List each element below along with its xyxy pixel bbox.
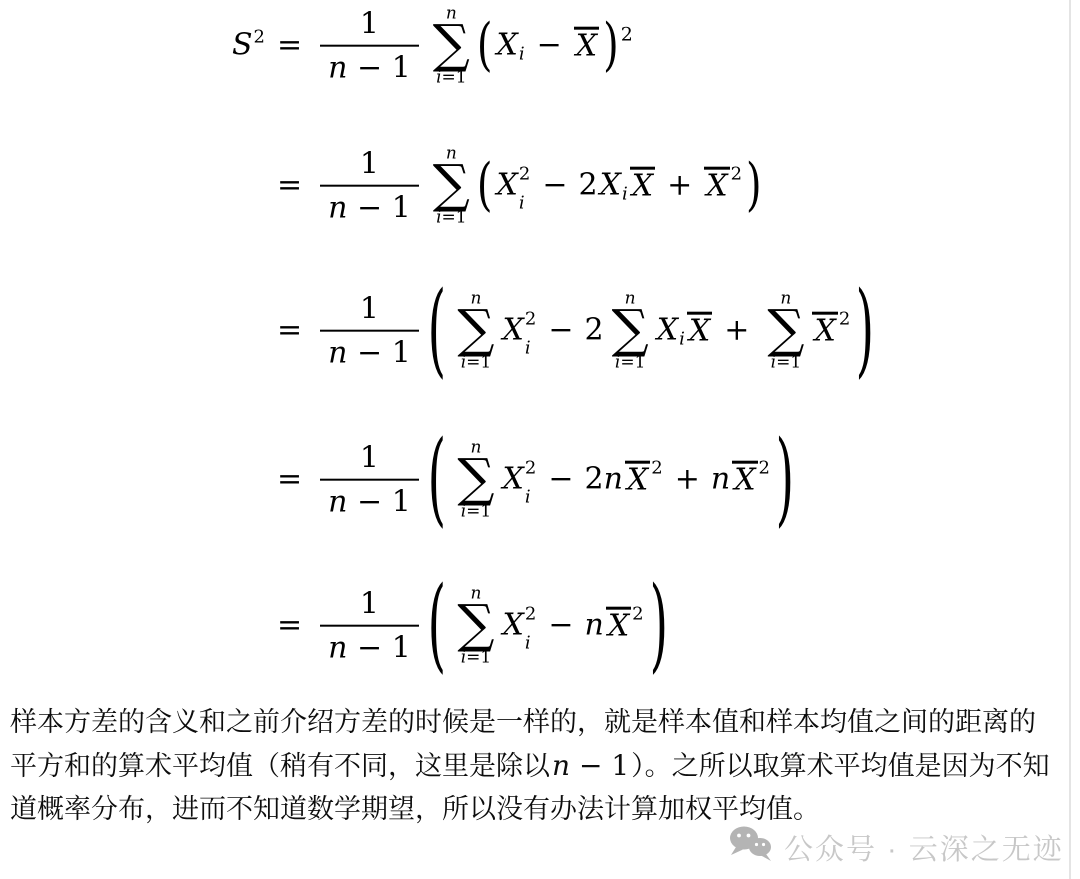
equation-row-1: S2=1n − 1n∑i=1(Xi−X)2 (222, 6, 633, 87)
sum-lower-limit: i=1 (436, 209, 467, 226)
inline-math: n − 1 (550, 749, 631, 782)
article-page: { "page": { "background": "#ffffff", "bo… (0, 0, 1080, 879)
close-paren: ) (603, 18, 619, 75)
overline-bar: X (574, 27, 599, 62)
math-paren-group: (n∑i=1X2i−2n∑i=1XiX+n∑i=1X2) (426, 291, 876, 372)
math-variable: X (687, 315, 712, 347)
math-paren-group: (Xi−X)2 (477, 26, 633, 66)
sum-lower-limit: i=1 (461, 649, 492, 666)
math-variable: X (574, 30, 599, 62)
fraction-denominator: n − 1 (320, 185, 419, 225)
overline-bar: X (625, 461, 650, 496)
math-variable: X2 (606, 610, 644, 642)
math-variable: X2i (503, 315, 537, 347)
overline-bar: X (732, 461, 757, 496)
sigma-symbol: ∑ (433, 163, 470, 210)
math-variable: X2 (732, 464, 770, 496)
fraction-denominator: n − 1 (320, 625, 419, 665)
open-paren: ( (477, 158, 493, 215)
sigma-symbol: ∑ (457, 457, 494, 504)
close-paren: ) (776, 429, 794, 531)
equation-rhs: =1n − 1(n∑i=1X2i−2n∑i=1XiX+n∑i=1X2) (266, 291, 876, 372)
math-coefficient: 2 (578, 171, 597, 201)
math-variable: X2 (625, 464, 663, 496)
close-paren: ) (649, 575, 667, 677)
math-summation: n∑i=1 (433, 146, 470, 227)
equation-rhs: =1n − 1(n∑i=1X2i−2nX2+nX2) (266, 440, 796, 521)
explanation-paragraph: 样本方差的含义和之前介绍方差的时候是一样的，就是样本值和样本均值之间的距离的平方… (10, 701, 1058, 831)
math-variable: Xi (657, 315, 685, 347)
math-fraction: 1n − 1 (320, 588, 419, 665)
sum-lower-limit: i=1 (461, 354, 492, 371)
overline-bar: X (704, 167, 729, 202)
math-operator: + (667, 171, 692, 201)
math-coefficient: 2n (584, 465, 622, 495)
equation-row-4: =1n − 1(n∑i=1X2i−2nX2+nX2) (222, 440, 796, 521)
math-coefficient: n (584, 611, 603, 641)
math-fraction: 1n − 1 (320, 148, 419, 225)
sum-lower-limit: i=1 (461, 503, 492, 520)
math-coefficient: n (711, 465, 730, 495)
equation-row-3: =1n − 1(n∑i=1X2i−2n∑i=1XiX+n∑i=1X2) (222, 291, 876, 372)
fraction-numerator: 1 (354, 8, 385, 45)
math-variable: X (630, 170, 655, 202)
math-paren-group: (X2i−2XiX+X2) (477, 166, 762, 206)
group-superscript: 2 (621, 26, 633, 45)
math-summation: n∑i=1 (457, 586, 494, 667)
math-operator: = (277, 171, 302, 201)
open-paren: ( (477, 18, 493, 75)
math-operator: = (277, 465, 302, 495)
watermark-label: 公众号 · 云深之无迹 (784, 827, 1064, 868)
fraction-numerator: 1 (354, 588, 385, 625)
close-paren: ) (746, 158, 762, 215)
sigma-symbol: ∑ (433, 23, 470, 70)
math-variable: X2 (812, 315, 850, 347)
math-fraction: 1n − 1 (320, 442, 419, 519)
fraction-numerator: 1 (354, 442, 385, 479)
open-paren: ( (427, 280, 445, 382)
math-variable: X2 (704, 170, 742, 202)
sigma-symbol: ∑ (457, 603, 494, 650)
sigma-symbol: ∑ (612, 308, 649, 355)
math-variable: Xi (497, 30, 525, 62)
math-variable: X2i (503, 610, 537, 642)
overline-bar: X (630, 167, 655, 202)
sigma-symbol: ∑ (457, 308, 494, 355)
equation-rhs: =1n − 1n∑i=1(X2i−2XiX+X2) (266, 146, 762, 227)
math-operator: = (277, 316, 302, 346)
math-summation: n∑i=1 (612, 291, 649, 372)
math-variable: S2 (232, 30, 265, 62)
sum-lower-limit: i=1 (771, 354, 802, 371)
overline-bar: X (812, 312, 837, 347)
math-operator: − (542, 171, 567, 201)
math-operator: − (548, 465, 573, 495)
equation-row-5: =1n − 1(n∑i=1X2i−nX2) (222, 586, 669, 667)
open-paren: ( (427, 575, 445, 677)
math-operator: − (537, 31, 562, 61)
equation-lhs: S2 (222, 30, 266, 62)
fraction-denominator: n − 1 (320, 45, 419, 85)
math-operator: + (675, 465, 700, 495)
math-variable: X2i (497, 170, 531, 202)
overline-bar: X (606, 607, 631, 642)
math-paren-group: (n∑i=1X2i−nX2) (426, 586, 669, 667)
math-fraction: 1n − 1 (320, 293, 419, 370)
math-operator: + (724, 316, 749, 346)
sigma-symbol: ∑ (767, 308, 804, 355)
math-operator: − (548, 611, 573, 641)
sum-lower-limit: i=1 (436, 69, 467, 86)
math-operator: = (277, 31, 302, 61)
math-operator: − (548, 316, 573, 346)
math-variable: Xi (600, 170, 628, 202)
math-summation: n∑i=1 (767, 291, 804, 372)
overline-bar: X (687, 312, 712, 347)
open-paren: ( (427, 429, 445, 531)
equation-row-2: =1n − 1n∑i=1(X2i−2XiX+X2) (222, 146, 762, 227)
equation-rhs: =1n − 1n∑i=1(Xi−X)2 (266, 6, 633, 87)
fraction-numerator: 1 (354, 293, 385, 330)
fraction-numerator: 1 (354, 148, 385, 185)
math-paren-group: (n∑i=1X2i−2nX2+nX2) (426, 440, 796, 521)
math-variable: X2i (503, 464, 537, 496)
sum-lower-limit: i=1 (615, 354, 646, 371)
fraction-denominator: n − 1 (320, 330, 419, 370)
fraction-denominator: n − 1 (320, 479, 419, 519)
equation-rhs: =1n − 1(n∑i=1X2i−nX2) (266, 586, 669, 667)
formula-derivation: S2=1n − 1n∑i=1(Xi−X)2=1n − 1n∑i=1(X2i−2X… (0, 0, 1080, 700)
math-summation: n∑i=1 (457, 291, 494, 372)
math-summation: n∑i=1 (433, 6, 470, 87)
math-summation: n∑i=1 (457, 440, 494, 521)
math-operator: = (277, 611, 302, 641)
math-coefficient: 2 (584, 316, 603, 346)
math-fraction: 1n − 1 (320, 8, 419, 85)
close-paren: ) (856, 280, 874, 382)
